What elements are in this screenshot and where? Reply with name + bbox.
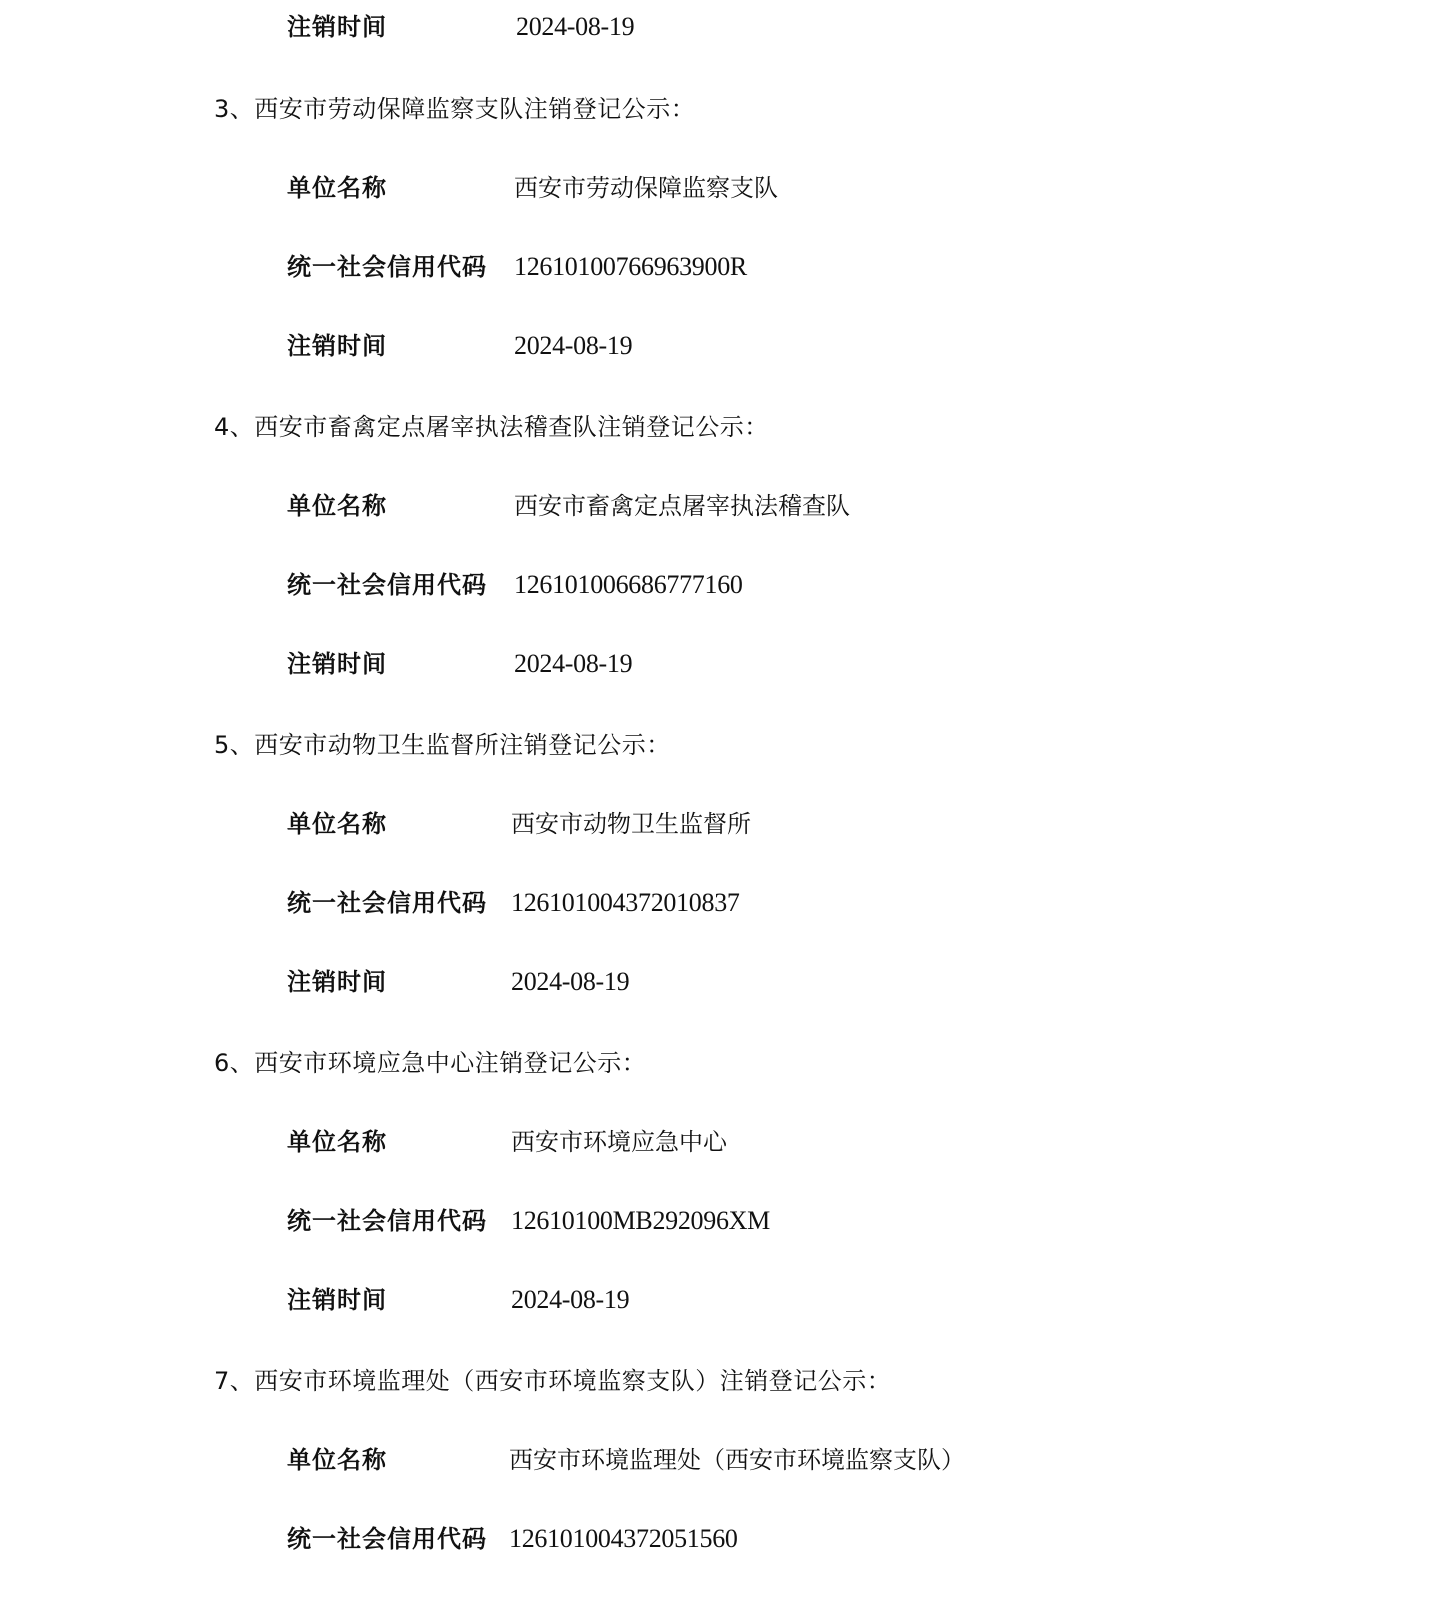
- field-value-credit-code: 126101004372010837: [511, 887, 740, 919]
- field-value-cancellation-date: 2024-08-19: [514, 330, 632, 362]
- field-label-credit-code: 统一社会信用代码: [287, 251, 487, 283]
- field-label-unit-name: 单位名称: [287, 1444, 387, 1476]
- field-value-unit-name: 西安市环境监理处（西安市环境监察支队）: [509, 1444, 965, 1476]
- field-value-cancellation-date: 2024-08-19: [516, 11, 634, 43]
- field-label-credit-code: 统一社会信用代码: [287, 569, 487, 601]
- field-value-credit-code: 126101004372051560: [509, 1523, 738, 1555]
- field-label-unit-name: 单位名称: [287, 808, 387, 840]
- field-value-unit-name: 西安市动物卫生监督所: [511, 808, 751, 840]
- field-value-credit-code: 12610100MB292096XM: [511, 1205, 770, 1237]
- section-heading-4: 4、西安市畜禽定点屠宰执法稽查队注销登记公示：: [214, 411, 769, 443]
- section-heading-7: 7、西安市环境监理处（西安市环境监察支队）注销登记公示：: [214, 1365, 891, 1397]
- field-label-unit-name: 单位名称: [287, 172, 387, 204]
- field-value-cancellation-date: 2024-08-19: [511, 1284, 629, 1316]
- field-label-credit-code: 统一社会信用代码: [287, 1205, 487, 1237]
- section-heading-3: 3、西安市劳动保障监察支队注销登记公示：: [214, 93, 695, 125]
- section-heading-5: 5、西安市动物卫生监督所注销登记公示：: [214, 729, 671, 761]
- field-label-cancellation-date: 注销时间: [287, 11, 387, 43]
- section-heading-6: 6、西安市环境应急中心注销登记公示：: [214, 1047, 646, 1079]
- field-value-unit-name: 西安市畜禽定点屠宰执法稽查队: [514, 490, 850, 522]
- field-value-cancellation-date: 2024-08-19: [514, 648, 632, 680]
- field-value-credit-code: 126101006686777160: [514, 569, 743, 601]
- field-label-cancellation-date: 注销时间: [287, 648, 387, 680]
- field-label-cancellation-date: 注销时间: [287, 330, 387, 362]
- field-label-credit-code: 统一社会信用代码: [287, 887, 487, 919]
- field-label-cancellation-date: 注销时间: [287, 1284, 387, 1316]
- field-value-credit-code: 12610100766963900R: [514, 251, 747, 283]
- field-value-unit-name: 西安市劳动保障监察支队: [514, 172, 778, 204]
- field-label-cancellation-date: 注销时间: [287, 966, 387, 998]
- field-value-unit-name: 西安市环境应急中心: [511, 1126, 727, 1158]
- field-label-unit-name: 单位名称: [287, 1126, 387, 1158]
- field-label-credit-code: 统一社会信用代码: [287, 1523, 487, 1555]
- field-value-cancellation-date: 2024-08-19: [511, 966, 629, 998]
- field-label-unit-name: 单位名称: [287, 490, 387, 522]
